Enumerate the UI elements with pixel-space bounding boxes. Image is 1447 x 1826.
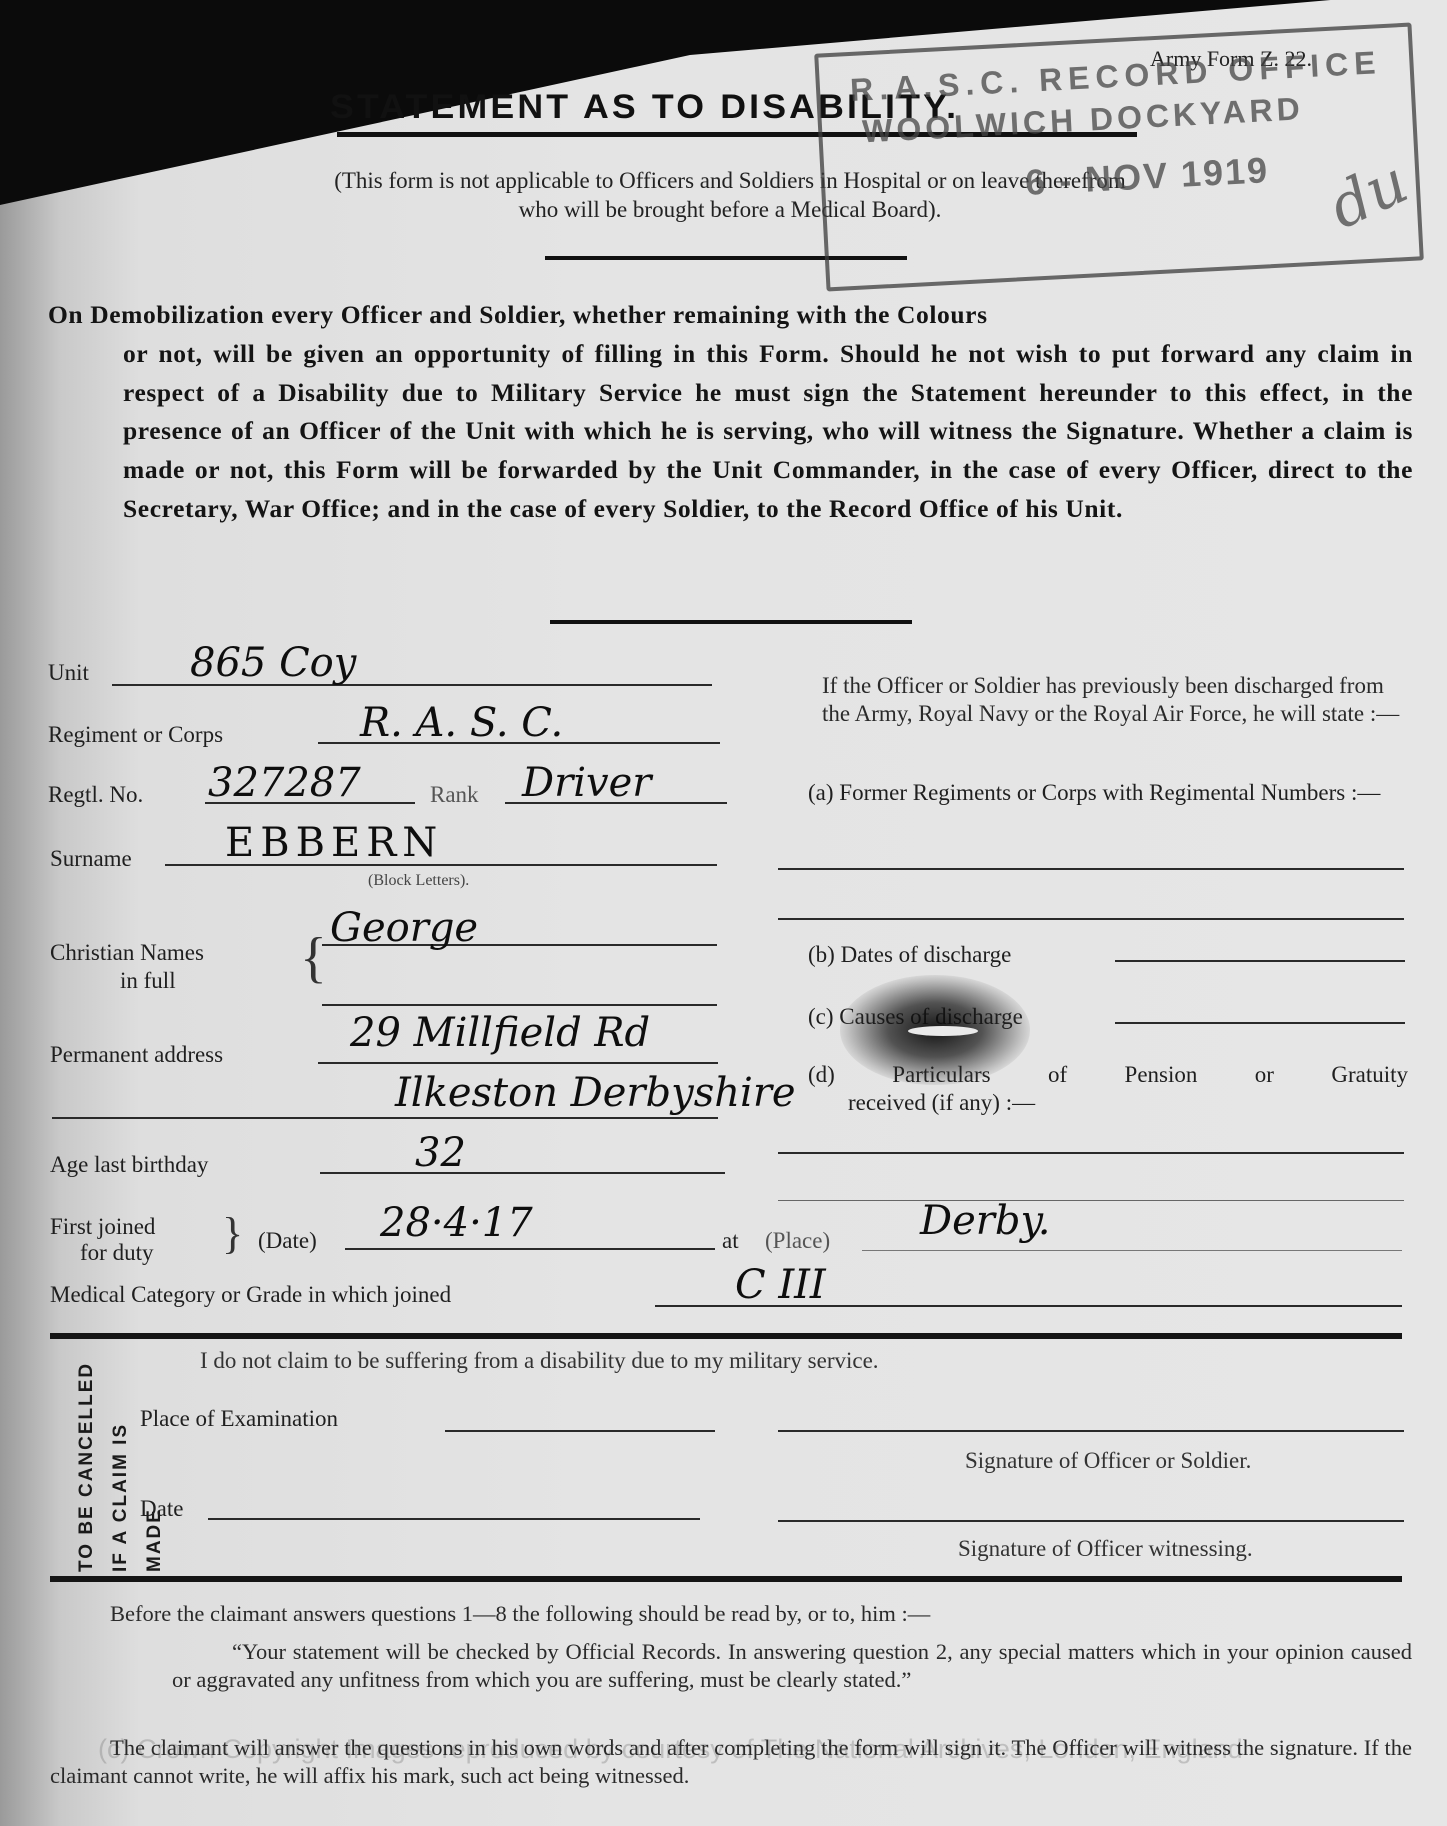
join-place-value: Derby. xyxy=(920,1198,1050,1244)
pre-question-instruction: Before the claimant answers questions 1—… xyxy=(110,1600,1410,1628)
dates-of-discharge-label: (b) Dates of discharge xyxy=(808,942,1011,968)
record-office-stamp: R.A.S.C. RECORD OFFICE WOOLWICH DOCKYARD… xyxy=(814,23,1424,292)
intro-body: or not, will be given an opportunity of … xyxy=(48,335,1413,529)
christian-names-label-2: in full xyxy=(120,968,176,994)
rank-label: Rank xyxy=(430,782,479,808)
regiment-value: R. A. S. C. xyxy=(360,700,563,746)
address-line-2: Ilkeston Derbyshire xyxy=(395,1070,796,1116)
rank-value: Driver xyxy=(522,760,651,806)
intro-paragraph: On Demobilization every Officer and Sold… xyxy=(48,296,1413,529)
stamp-date: 6 - NOV 1919 xyxy=(1024,149,1270,204)
first-joined-label-2: for duty xyxy=(80,1240,153,1266)
address-field-line-1[interactable] xyxy=(318,1062,718,1064)
regtl-no-label: Regtl. No. xyxy=(48,782,143,808)
ink-blot-highlight xyxy=(908,1026,978,1036)
join-place-field-line[interactable] xyxy=(862,1250,1402,1251)
date-label: (Date) xyxy=(258,1228,317,1254)
age-field-line[interactable] xyxy=(320,1172,725,1174)
examination-date-label: Date xyxy=(140,1496,183,1522)
address-label: Permanent address xyxy=(50,1042,223,1068)
surname-label: Surname xyxy=(50,846,132,872)
cancel-note-line-2: IF A CLAIM IS MADE xyxy=(104,1352,172,1572)
cancel-note-line-1: TO BE CANCELLED xyxy=(70,1352,104,1572)
medical-category-value: C III xyxy=(735,1262,826,1308)
christian-names-label: Christian Names xyxy=(50,940,204,966)
regtl-no-value: 327287 xyxy=(208,760,361,806)
christian-names-line-2[interactable] xyxy=(322,1004,717,1006)
officer-signature-field[interactable] xyxy=(778,1520,1404,1522)
place-of-examination-label: Place of Examination xyxy=(140,1406,338,1432)
pension-label-2: received (if any) :— xyxy=(848,1090,1035,1116)
section-rule-top xyxy=(50,1333,1402,1339)
intro-lead: On Demobilization every Officer and Sold… xyxy=(48,296,1413,335)
former-regiments-label: (a) Former Regiments or Corps with Regim… xyxy=(808,780,1408,806)
join-date-field-line[interactable] xyxy=(345,1248,715,1250)
examination-date-field[interactable] xyxy=(208,1518,700,1520)
pension-line-2[interactable] xyxy=(778,1200,1404,1201)
age-label: Age last birthday xyxy=(50,1152,208,1178)
previous-discharge-intro: If the Officer or Soldier has previously… xyxy=(778,672,1410,728)
causes-of-discharge-line[interactable] xyxy=(1115,1022,1405,1024)
no-claim-statement: I do not claim to be suffering from a di… xyxy=(200,1348,879,1374)
unit-label: Unit xyxy=(48,660,89,686)
address-field-line-2[interactable] xyxy=(52,1117,718,1119)
address-line-1: 29 Millfield Rd xyxy=(350,1010,650,1056)
claimant-instructions: The claimant will answer the questions i… xyxy=(50,1734,1412,1790)
brace-icon: { xyxy=(300,930,327,986)
official-records-quote: “Your statement will be checked by Offic… xyxy=(172,1638,1412,1694)
dates-of-discharge-line[interactable] xyxy=(1115,960,1405,962)
place-label: (Place) xyxy=(765,1228,830,1254)
place-of-examination-field[interactable] xyxy=(445,1430,715,1432)
block-letters-note: (Block Letters). xyxy=(368,872,469,890)
officer-signature-label: Signature of Officer witnessing. xyxy=(958,1536,1253,1562)
brace-icon: } xyxy=(222,1212,243,1256)
pension-line-1[interactable] xyxy=(778,1152,1404,1154)
unit-value: 865 Coy xyxy=(190,640,356,686)
regiment-label: Regiment or Corps xyxy=(48,722,223,748)
soldier-signature-field[interactable] xyxy=(778,1430,1404,1432)
cancel-if-claim-note: TO BE CANCELLED IF A CLAIM IS MADE xyxy=(70,1352,172,1572)
previous-discharge-text: If the Officer or Soldier has previously… xyxy=(778,672,1410,728)
christian-names-value: George xyxy=(330,905,478,951)
at-label: at xyxy=(722,1228,739,1254)
former-regiments-line-1[interactable] xyxy=(778,868,1404,870)
divider xyxy=(550,620,912,624)
medical-category-label: Medical Category or Grade in which joine… xyxy=(50,1282,451,1308)
first-joined-label: First joined xyxy=(50,1214,155,1240)
surname-value: EBBERN xyxy=(225,820,443,866)
section-rule-bottom xyxy=(50,1576,1402,1582)
age-value: 32 xyxy=(415,1130,466,1176)
join-date-value: 28·4·17 xyxy=(380,1200,533,1246)
soldier-signature-label: Signature of Officer or Soldier. xyxy=(965,1448,1251,1474)
former-regiments-line-2[interactable] xyxy=(778,918,1404,920)
